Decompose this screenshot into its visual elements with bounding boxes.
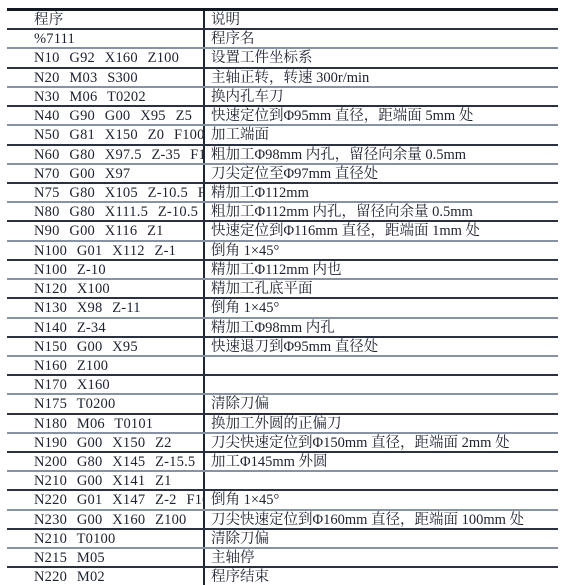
table-row: N60 G80 X97.5 Z-35 F100 粗加工Φ98mm 内孔，留径向余… — [7, 146, 558, 165]
program-cell: N160 Z100 — [7, 357, 203, 374]
table-row: N50 G81 X150 Z0 F100 加工端面 — [7, 126, 558, 145]
table-header-row: 程序 说明 — [7, 11, 558, 30]
table-row: N20 M03 S300 主轴正转，转速 300r/min — [7, 69, 558, 88]
description-cell: 加工端面 — [203, 126, 558, 143]
program-cell: N190 G00 X150 Z2 — [7, 434, 203, 451]
description-cell — [203, 376, 558, 393]
table-row: N210 T0100 清除刀偏 — [7, 530, 558, 549]
table-row: N100 Z-10 精加工Φ112mm 内也 — [7, 261, 558, 280]
table-row: %7111 程序名 — [7, 30, 558, 49]
description-cell — [203, 472, 558, 489]
cnc-program-table: 程序 说明 %7111 程序名 N10 G92 X160 Z100 设置工件坐标… — [7, 8, 558, 585]
description-cell: 清除刀偏 — [203, 530, 558, 547]
program-cell: N180 M06 T0101 — [7, 415, 203, 432]
description-cell: 倒角 1×45° — [203, 299, 558, 316]
description-cell — [203, 357, 558, 374]
description-cell: 清除刀偏 — [203, 395, 558, 412]
header-description: 说明 — [203, 11, 558, 28]
table-row: N30 M06 T0202 换内孔车刀 — [7, 88, 558, 107]
header-program: 程序 — [7, 11, 203, 28]
description-cell: 程序名 — [203, 30, 558, 47]
program-cell: N215 M05 — [7, 549, 203, 566]
description-cell: 程序结束 — [203, 568, 558, 585]
program-cell: N200 G80 X145 Z-15.5 F100 — [7, 453, 203, 470]
program-cell: N20 M03 S300 — [7, 69, 203, 86]
table-row: N215 M05 主轴停 — [7, 549, 558, 568]
table-row: N90 G00 X116 Z1 快速定位到Φ116mm 直径，距端面 1mm 处 — [7, 222, 558, 241]
table-row: N220 M02 程序结束 — [7, 568, 558, 585]
program-cell: N150 G00 X95 — [7, 338, 203, 355]
table-row: N130 X98 Z-11 倒角 1×45° — [7, 299, 558, 318]
program-cell: N80 G80 X111.5 Z-10.5 F100 — [7, 203, 203, 220]
program-cell: N10 G92 X160 Z100 — [7, 49, 203, 66]
description-cell: 倒角 1×45° — [203, 242, 558, 259]
description-cell: 快速退刀到Φ95mm 直径处 — [203, 338, 558, 355]
table-row: N75 G80 X105 Z-10.5 F100 精加工Φ112mm — [7, 184, 558, 203]
program-cell: N75 G80 X105 Z-10.5 F100 — [7, 184, 203, 201]
table-row: N10 G92 X160 Z100 设置工件坐标系 — [7, 49, 558, 68]
description-cell: 倒角 1×45° — [203, 491, 558, 508]
program-cell: N60 G80 X97.5 Z-35 F100 — [7, 146, 203, 163]
description-cell: 快速定位到Φ116mm 直径，距端面 1mm 处 — [203, 222, 558, 239]
table-row: N175 T0200 清除刀偏 — [7, 395, 558, 414]
program-cell: %7111 — [7, 30, 203, 47]
table-row: N220 G01 X147 Z-2 F100 倒角 1×45° — [7, 491, 558, 510]
program-cell: N220 M02 — [7, 568, 203, 585]
program-cell: N50 G81 X150 Z0 F100 — [7, 126, 203, 143]
program-cell: N175 T0200 — [7, 395, 203, 412]
table-row: N40 G90 G00 X95 Z5 快速定位到Φ95mm 直径，距端面 5mm… — [7, 107, 558, 126]
program-cell: N100 G01 X112 Z-1 — [7, 242, 203, 259]
program-cell: N170 X160 — [7, 376, 203, 393]
table-row: N70 G00 X97 刀尖定位至Φ97mm 直径处 — [7, 165, 558, 184]
description-cell: 粗加工Φ98mm 内孔，留径向余量 0.5mm — [203, 146, 558, 163]
table-row: N120 X100 精加工孔底平面 — [7, 280, 558, 299]
program-cell: N70 G00 X97 — [7, 165, 203, 182]
table-row: N80 G80 X111.5 Z-10.5 F100 粗加工Φ112mm 内孔，… — [7, 203, 558, 222]
program-cell: N30 M06 T0202 — [7, 88, 203, 105]
table-row: N210 G00 X141 Z1 — [7, 472, 558, 491]
program-cell: N40 G90 G00 X95 Z5 — [7, 107, 203, 124]
table-row: N170 X160 — [7, 376, 558, 395]
program-cell: N100 Z-10 — [7, 261, 203, 278]
description-cell: 刀尖快速定位到Φ150mm 直径，距端面 2mm 处 — [203, 434, 558, 451]
description-cell: 精加工Φ112mm 内也 — [203, 261, 558, 278]
program-cell: N210 G00 X141 Z1 — [7, 472, 203, 489]
program-cell: N230 G00 X160 Z100 — [7, 511, 203, 528]
description-cell: 设置工件坐标系 — [203, 49, 558, 66]
description-cell: 换内孔车刀 — [203, 88, 558, 105]
program-cell: N140 Z-34 — [7, 319, 203, 336]
table-row: N160 Z100 — [7, 357, 558, 376]
program-cell: N130 X98 Z-11 — [7, 299, 203, 316]
description-cell: 刀尖快速定位到Φ160mm 直径，距端面 100mm 处 — [203, 511, 558, 528]
table-row: N180 M06 T0101 换加工外圆的正偏刀 — [7, 415, 558, 434]
description-cell: 刀尖定位至Φ97mm 直径处 — [203, 165, 558, 182]
description-cell: 精加工孔底平面 — [203, 280, 558, 297]
table-row: N100 G01 X112 Z-1 倒角 1×45° — [7, 242, 558, 261]
table-row: N150 G00 X95 快速退刀到Φ95mm 直径处 — [7, 338, 558, 357]
description-cell: 换加工外圆的正偏刀 — [203, 415, 558, 432]
program-cell: N220 G01 X147 Z-2 F100 — [7, 491, 203, 508]
table-row: N140 Z-34 精加工Φ98mm 内孔 — [7, 319, 558, 338]
program-cell: N120 X100 — [7, 280, 203, 297]
description-cell: 精加工Φ98mm 内孔 — [203, 319, 558, 336]
description-cell: 加工Φ145mm 外圆 — [203, 453, 558, 470]
description-cell: 粗加工Φ112mm 内孔，留径向余量 0.5mm — [203, 203, 558, 220]
description-cell: 精加工Φ112mm — [203, 184, 558, 201]
table-row: N230 G00 X160 Z100 刀尖快速定位到Φ160mm 直径，距端面 … — [7, 511, 558, 530]
table-row: N190 G00 X150 Z2 刀尖快速定位到Φ150mm 直径，距端面 2m… — [7, 434, 558, 453]
program-cell: N210 T0100 — [7, 530, 203, 547]
table-row: N200 G80 X145 Z-15.5 F100 加工Φ145mm 外圆 — [7, 453, 558, 472]
description-cell: 主轴停 — [203, 549, 558, 566]
program-cell: N90 G00 X116 Z1 — [7, 222, 203, 239]
description-cell: 快速定位到Φ95mm 直径，距端面 5mm 处 — [203, 107, 558, 124]
description-cell: 主轴正转，转速 300r/min — [203, 69, 558, 86]
